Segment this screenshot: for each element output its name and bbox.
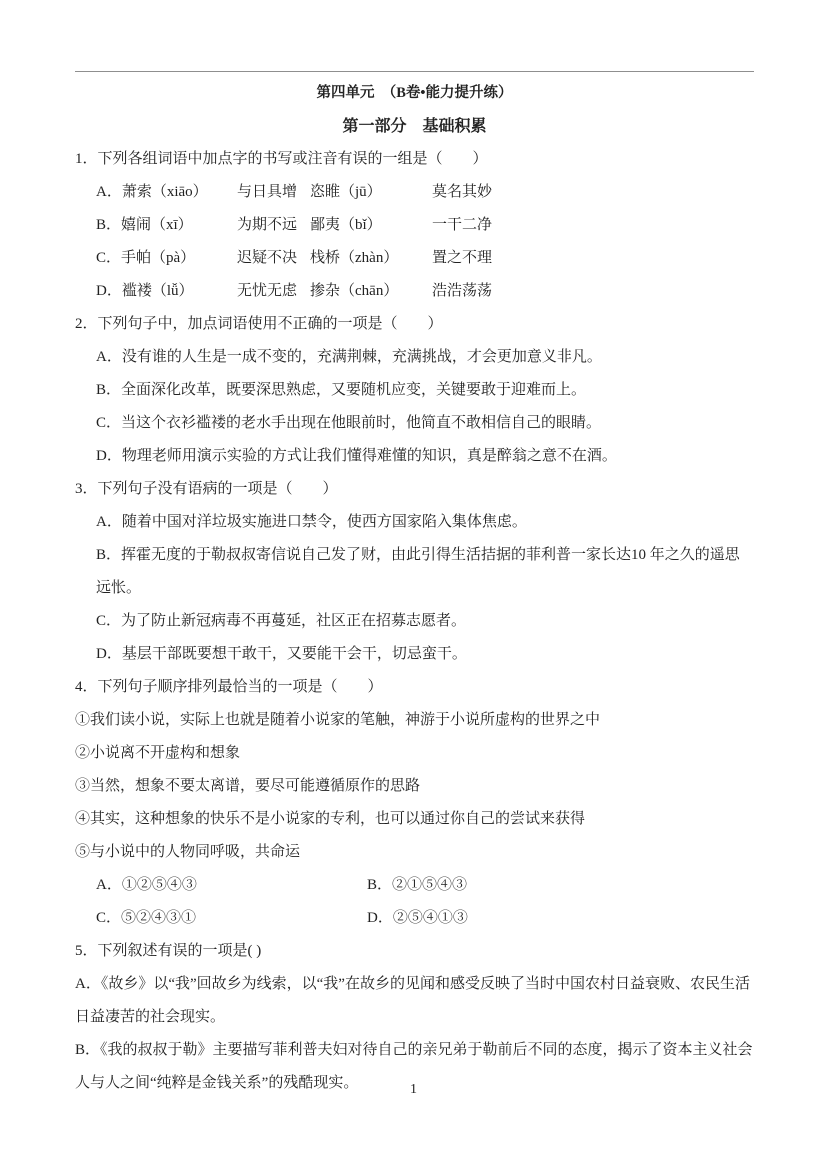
sentence-4: ④其实，这种想象的快乐不是小说家的专利，也可以通过你自己的尝试来获得 — [75, 803, 754, 836]
question-4-stem: 4．下列句子顺序排列最恰当的一项是（ ） — [75, 671, 754, 704]
word-item: 置之不理 — [432, 242, 754, 275]
sentence-1: ①我们读小说，实际上也就是随着小说家的笔触，神游于小说所虚构的世界之中 — [75, 704, 754, 737]
word-item: C．手帕（pà） — [96, 242, 237, 275]
word-item: 浩浩荡荡 — [432, 275, 754, 308]
sentence-3: ③当然，想象不要太离谱，要尽可能遵循原作的思路 — [75, 770, 754, 803]
question-5-stem: 5．下列叙述有误的一项是( ) — [75, 935, 754, 968]
word-item: 栈桥（zhàn） — [310, 242, 432, 275]
question-5: 5．下列叙述有误的一项是( ) A．《故乡》以“我”回故乡为线索，以“我”在故乡… — [75, 935, 754, 1100]
question-4: 4．下列句子顺序排列最恰当的一项是（ ） ①我们读小说，实际上也就是随着小说家的… — [75, 671, 754, 935]
option-a: A．《故乡》以“我”回故乡为线索，以“我”在故乡的见闻和感受反映了当时中国农村日… — [75, 968, 754, 1034]
word-item: 迟疑不决 — [237, 242, 310, 275]
option-c: C．当这个衣衫褴褛的老水手出现在他眼前时，他简直不敢相信自己的眼睛。 — [75, 407, 754, 440]
word-item: 莫名其妙 — [432, 176, 754, 209]
word-item: 无忧无虑 — [237, 275, 310, 308]
question-2-stem: 2．下列句子中，加点词语使用不正确的一项是（ ） — [75, 308, 754, 341]
question-2: 2．下列句子中，加点词语使用不正确的一项是（ ） A．没有谁的人生是一成不变的，… — [75, 308, 754, 473]
sentence-5: ⑤与小说中的人物同呼吸，共命运 — [75, 836, 754, 869]
word-item: B．嬉闹（xī） — [96, 209, 237, 242]
word-item: A．萧索（xiāo） — [96, 176, 237, 209]
page-number: 1 — [0, 1081, 827, 1099]
question-1-row-c: C．手帕（pà） 迟疑不决 栈桥（zhàn） 置之不理 — [75, 242, 754, 275]
option-b: B．全面深化改革，既要深思熟虑，又要随机应变，关键要敢于迎难而上。 — [75, 374, 754, 407]
question-3: 3．下列句子没有语病的一项是（ ） A．随着中国对洋垃圾实施进口禁令，使西方国家… — [75, 473, 754, 671]
section-subtitle: 第一部分 基础积累 — [75, 110, 754, 143]
question-1-row-b: B．嬉闹（xī） 为期不远 鄙夷（bǐ） 一干二净 — [75, 209, 754, 242]
option-row: A．①②⑤④③ B．②①⑤④③ — [75, 869, 754, 902]
option-d: D．②⑤④①③ — [367, 902, 754, 935]
option-a: A．随着中国对洋垃圾实施进口禁令，使西方国家陷入集体焦虑。 — [75, 506, 754, 539]
word-item: 与日具增 — [237, 176, 310, 209]
option-c: C．⑤②④③① — [96, 902, 367, 935]
option-d: D．物理老师用演示实验的方式让我们懂得难懂的知识，真是醉翁之意不在酒。 — [75, 440, 754, 473]
sentence-2: ②小说离不开虚构和想象 — [75, 737, 754, 770]
word-item: D．褴褛（lǚ） — [96, 275, 237, 308]
question-1-stem: 1．下列各组词语中加点字的书写或注音有误的一组是（ ） — [75, 143, 754, 176]
word-item: 鄙夷（bǐ） — [310, 209, 432, 242]
option-b: B．②①⑤④③ — [367, 869, 754, 902]
question-1: 1．下列各组词语中加点字的书写或注音有误的一组是（ ） A．萧索（xiāo） 与… — [75, 143, 754, 308]
question-3-stem: 3．下列句子没有语病的一项是（ ） — [75, 473, 754, 506]
word-item: 为期不远 — [237, 209, 310, 242]
header-rule — [75, 71, 754, 72]
option-row: C．⑤②④③① D．②⑤④①③ — [75, 902, 754, 935]
exam-page: 第四单元 （B卷•能力提升练） 第一部分 基础积累 1．下列各组词语中加点字的书… — [0, 71, 827, 1100]
option-c: C．为了防止新冠病毒不再蔓延，社区正在招募志愿者。 — [75, 605, 754, 638]
word-item: 恣睢（jū） — [310, 176, 432, 209]
question-1-row-d: D．褴褛（lǚ） 无忧无虑 掺杂（chān） 浩浩荡荡 — [75, 275, 754, 308]
page-title: 第四单元 （B卷•能力提升练） — [75, 77, 754, 110]
word-item: 掺杂（chān） — [310, 275, 432, 308]
option-a: A．①②⑤④③ — [96, 869, 367, 902]
option-b: B．挥霍无度的于勒叔叔寄信说自己发了财，由此引得生活拮据的菲利普一家长达10 年… — [75, 539, 754, 605]
option-d: D．基层干部既要想干敢干，又要能干会干，切忌蛮干。 — [75, 638, 754, 671]
option-a: A．没有谁的人生是一成不变的，充满荆棘，充满挑战，才会更加意义非凡。 — [75, 341, 754, 374]
question-1-row-a: A．萧索（xiāo） 与日具增 恣睢（jū） 莫名其妙 — [75, 176, 754, 209]
word-item: 一干二净 — [432, 209, 754, 242]
